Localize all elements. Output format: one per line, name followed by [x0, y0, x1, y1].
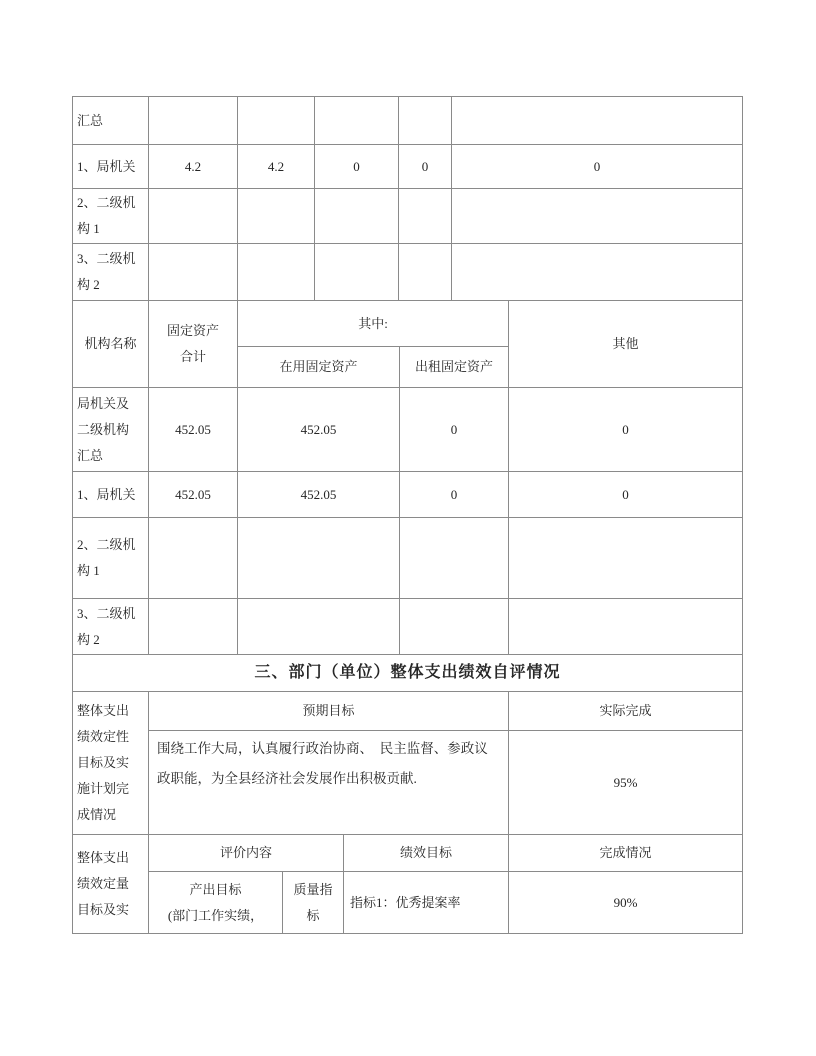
cell-value: [149, 599, 238, 655]
cell-value: 4.2: [238, 145, 315, 189]
cell-value: [238, 518, 400, 599]
row-label: 2、二级机 构 1: [73, 189, 149, 244]
cell-value: [149, 518, 238, 599]
header-other: 其他: [509, 301, 743, 388]
cell-value: [509, 599, 743, 655]
row-label: 3、二级机 构 2: [73, 244, 149, 301]
table-row: 1、局机关 452.05 452.05 0 0: [73, 472, 743, 518]
fixed-assets-table: 机构名称 固定资产 合计 其中: 其他 在用固定资产 出租固定资产 局机关及 二…: [72, 300, 743, 655]
header-in-use-assets: 在用固定资产: [238, 347, 400, 388]
row-label: 1、局机关: [73, 145, 149, 189]
cell-value: [452, 244, 743, 301]
table-row: 汇总: [73, 97, 743, 145]
row-label-quantitative: 整体支出 绩效定量 目标及实: [73, 835, 149, 934]
cell-value: [399, 97, 452, 145]
cell-value: [399, 189, 452, 244]
cell-value: 0: [509, 388, 743, 472]
table-row: 围绕工作大局，认真履行政治协商、 民主监督、参政议政职能，为全县经济社会发展作出…: [73, 731, 743, 835]
cell-value: 0: [315, 145, 399, 189]
cell-value: 0: [400, 472, 509, 518]
table-header-row: 整体支出 绩效定量 目标及实 评价内容 绩效目标 完成情况: [73, 835, 743, 872]
cell-value: [509, 518, 743, 599]
cell-value: 4.2: [149, 145, 238, 189]
cell-value: [149, 189, 238, 244]
row-label: 局机关及 二级机构 汇总: [73, 388, 149, 472]
table-row: 2、二级机 构 1: [73, 189, 743, 244]
header-perf-target: 绩效目标: [344, 835, 509, 872]
table-row: 局机关及 二级机构 汇总 452.05 452.05 0 0: [73, 388, 743, 472]
header-expected-target: 预期目标: [149, 692, 509, 731]
indicator-1-label: 指标1：优秀提案率: [344, 872, 509, 934]
output-target-cell: 产出目标 (部门工作实绩，: [149, 872, 283, 934]
expected-target-text: 围绕工作大局，认真履行政治协商、 民主监督、参政议政职能，为全县经济社会发展作出…: [149, 731, 509, 835]
header-completion: 完成情况: [509, 835, 743, 872]
actual-completion-value: 95%: [509, 731, 743, 835]
cell-value: [238, 189, 315, 244]
header-leased-assets: 出租固定资产: [400, 347, 509, 388]
row-label: 3、二级机 构 2: [73, 599, 149, 655]
cell-value: 0: [400, 388, 509, 472]
cell-value: [315, 189, 399, 244]
cell-value: 452.05: [238, 388, 400, 472]
table-row: 产出目标 (部门工作实绩， 质量指 标 指标1：优秀提案率 90%: [73, 872, 743, 934]
cell-value: [399, 244, 452, 301]
cell-value: [315, 244, 399, 301]
cell-value: 452.05: [238, 472, 400, 518]
section-title-table: 三、部门（单位）整体支出绩效自评情况: [72, 654, 743, 692]
cell-value: [452, 189, 743, 244]
cell-value: [238, 97, 315, 145]
table-row: 三、部门（单位）整体支出绩效自评情况: [73, 655, 743, 692]
cell-value: [149, 97, 238, 145]
quantitative-performance-table: 整体支出 绩效定量 目标及实 评价内容 绩效目标 完成情况 产出目标 (部门工作…: [72, 834, 743, 934]
section-title: 三、部门（单位）整体支出绩效自评情况: [73, 655, 743, 692]
cell-value: [149, 244, 238, 301]
qualitative-performance-table: 整体支出 绩效定性 目标及实 施计划完 成情况 预期目标 实际完成 围绕工作大局…: [72, 691, 743, 835]
row-label: 2、二级机 构 1: [73, 518, 149, 599]
table-row: 3、二级机 构 2: [73, 599, 743, 655]
table-row: 2、二级机 构 1: [73, 518, 743, 599]
cell-value: [238, 599, 400, 655]
cell-value: 452.05: [149, 388, 238, 472]
cell-value: [400, 518, 509, 599]
cell-value: [238, 244, 315, 301]
cell-value: [400, 599, 509, 655]
cell-value: 452.05: [149, 472, 238, 518]
row-label: 汇总: [73, 97, 149, 145]
header-fixed-assets-total: 固定资产 合计: [149, 301, 238, 388]
header-org-name: 机构名称: [73, 301, 149, 388]
document-page: 汇总 1、局机关 4.2 4.2 0 0 0 2、二级机 构 1: [0, 0, 816, 1056]
header-eval-content: 评价内容: [149, 835, 344, 872]
cell-value: 0: [509, 472, 743, 518]
table-header-row: 整体支出 绩效定性 目标及实 施计划完 成情况 预期目标 实际完成: [73, 692, 743, 731]
table-header-row: 机构名称 固定资产 合计 其中: 其他: [73, 301, 743, 347]
indicator-1-completion: 90%: [509, 872, 743, 934]
header-actual-completion: 实际完成: [509, 692, 743, 731]
cell-value: 0: [399, 145, 452, 189]
quality-indicator-cell: 质量指 标: [283, 872, 344, 934]
carryover-table: 汇总 1、局机关 4.2 4.2 0 0 0 2、二级机 构 1: [72, 96, 743, 301]
row-label: 1、局机关: [73, 472, 149, 518]
cell-value: [452, 97, 743, 145]
cell-value: [315, 97, 399, 145]
table-row: 1、局机关 4.2 4.2 0 0 0: [73, 145, 743, 189]
header-among-which: 其中:: [238, 301, 509, 347]
cell-value: 0: [452, 145, 743, 189]
row-label-qualitative: 整体支出 绩效定性 目标及实 施计划完 成情况: [73, 692, 149, 835]
table-row: 3、二级机 构 2: [73, 244, 743, 301]
report-table: 汇总 1、局机关 4.2 4.2 0 0 0 2、二级机 构 1: [72, 96, 742, 934]
